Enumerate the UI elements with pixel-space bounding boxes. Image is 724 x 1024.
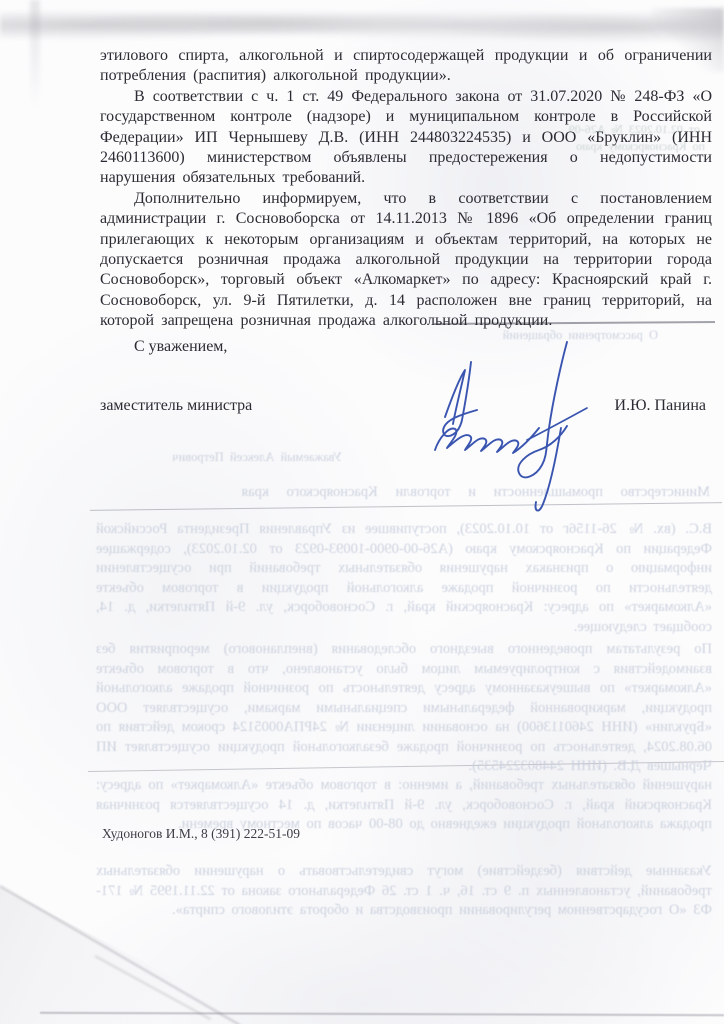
scanned-letter-page: от 02.10.2023 № А26-09 по Красноярскому … (0, 0, 724, 1024)
signature-stroke (527, 408, 587, 440)
scan-streak (30, 0, 40, 108)
signer-name: И.Ю. Панина (615, 397, 706, 415)
bleedthrough-paragraph: По результатам проведенного выездного об… (96, 640, 712, 777)
body-paragraph: Дополнительно информируем, что в соответ… (100, 189, 712, 332)
bleedthrough-paragraph: Указанные действия (бездействие) могут с… (96, 862, 712, 921)
crease-line (90, 502, 722, 511)
letter-body: этилового спирта, алкогольной и спиртосо… (100, 46, 712, 332)
body-paragraph-continuation: этилового спирта, алкогольной и спиртосо… (100, 46, 712, 87)
closing-salutation: С уважением, (134, 338, 227, 356)
scan-smudge-top (0, 5, 724, 45)
signature-stroke (435, 428, 539, 453)
signer-title: заместитель министра (100, 397, 252, 415)
bleedthrough-opening-line: Министерство промышленности и торговли К… (98, 483, 710, 503)
bleedthrough-paragraph: В.С. (вх. № 26-1156г от 10.10.2023), пос… (96, 520, 712, 637)
signature-stroke (518, 342, 567, 477)
bleedthrough-greeting: Уважаемый Алексей Петрович! (172, 448, 342, 468)
contact-person-line: Худоногов И.М., 8 (391) 222-51-09 (102, 826, 300, 842)
body-paragraph: В соответствии с ч. 1 ст. 49 Федеральног… (100, 87, 712, 189)
signature-stroke (443, 362, 477, 436)
signature-ink (415, 332, 600, 527)
